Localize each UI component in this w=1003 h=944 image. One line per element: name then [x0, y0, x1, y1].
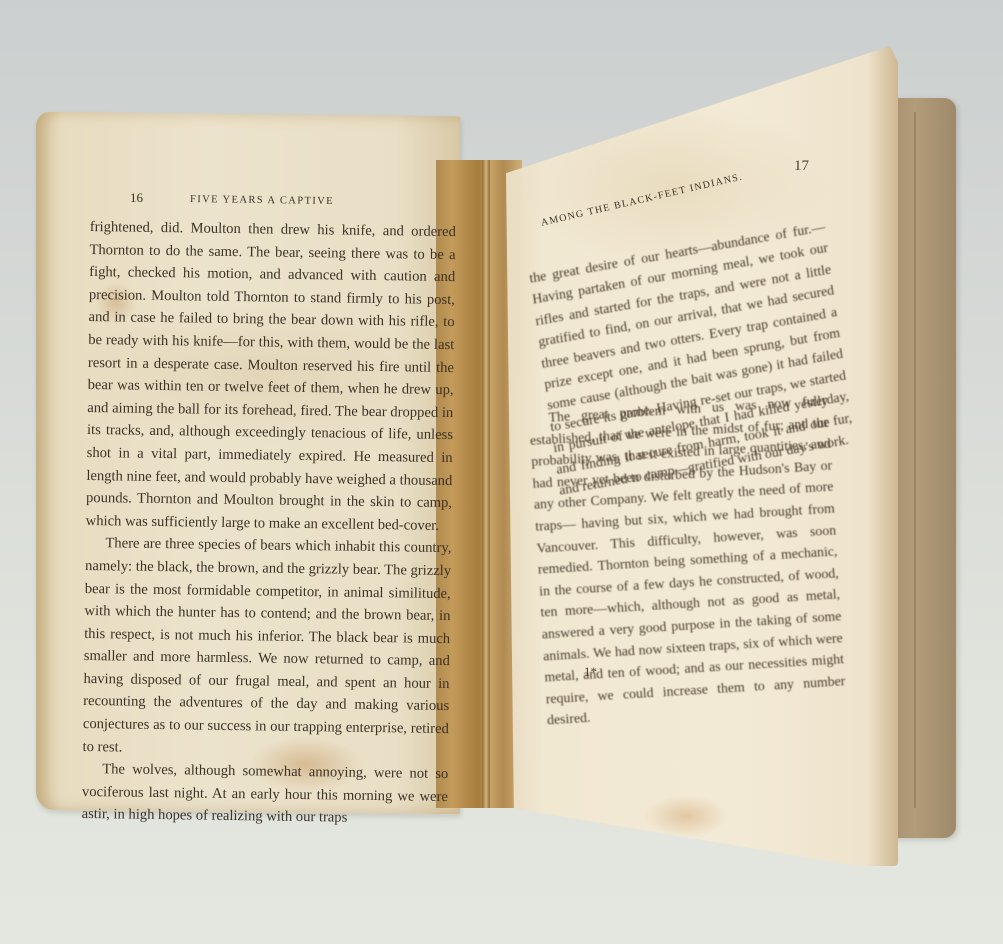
open-book: 16 FIVE YEARS A CAPTIVE frightened, did.… [0, 0, 1003, 944]
right-paragraph: The great problem with us was now fully … [528, 390, 847, 732]
left-paragraph: The wolves, although somewhat annoying, … [81, 758, 448, 831]
left-running-header: FIVE YEARS A CAPTIVE [190, 194, 334, 207]
signature-mark: 1* [584, 664, 597, 680]
left-paragraph: There are three species of bears which i… [82, 532, 451, 763]
left-page-body: frightened, did. Moulton then drew his k… [81, 216, 455, 831]
left-paragraph: frightened, did. Moulton then drew his k… [86, 216, 456, 537]
right-page-body-lower: The great problem with us was now fully … [528, 390, 847, 732]
left-page-number: 16 [130, 190, 143, 206]
right-page-number: 17 [794, 158, 809, 175]
